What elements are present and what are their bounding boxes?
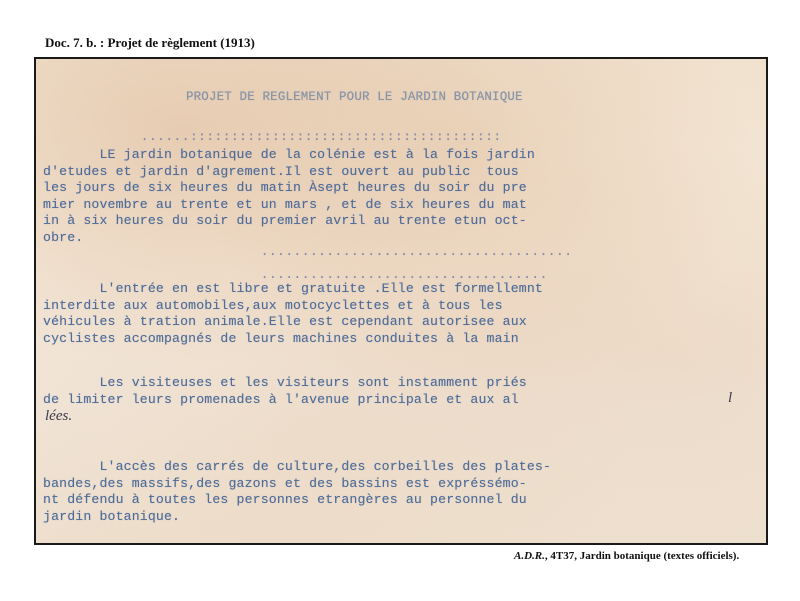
archive-abbrev: A.D.R. xyxy=(514,550,545,562)
paragraph-opening-hours: LE jardin botanique de la colénie est à … xyxy=(43,147,535,246)
handwritten-annotation: lées. xyxy=(45,408,72,425)
document-photograph: PROJET DE REGLEMENT POUR LE JARDIN BOTAN… xyxy=(34,57,768,545)
paragraph-visitors: Les visiteuses et les visiteurs sont ins… xyxy=(43,375,527,408)
dotted-separator: ......::::::::::::::::::::::::::::::::::… xyxy=(141,129,502,146)
archive-reference: , 4T37, Jardin botanique (textes officie… xyxy=(545,550,739,562)
paragraph-restricted-access: L'accès des carrés de culture,des corbei… xyxy=(43,459,551,525)
source-citation: A.D.R., 4T37, Jardin botanique (textes o… xyxy=(514,550,739,562)
handwritten-mark: l xyxy=(728,390,732,407)
document-title: PROJET DE REGLEMENT POUR LE JARDIN BOTAN… xyxy=(186,89,523,106)
dotted-separator: ...................................... xyxy=(261,244,573,261)
paragraph-entry-rules: L'entrée en est libre et gratuite .Elle … xyxy=(43,281,543,347)
document-caption: Doc. 7. b. : Projet de règlement (1913) xyxy=(45,35,255,51)
